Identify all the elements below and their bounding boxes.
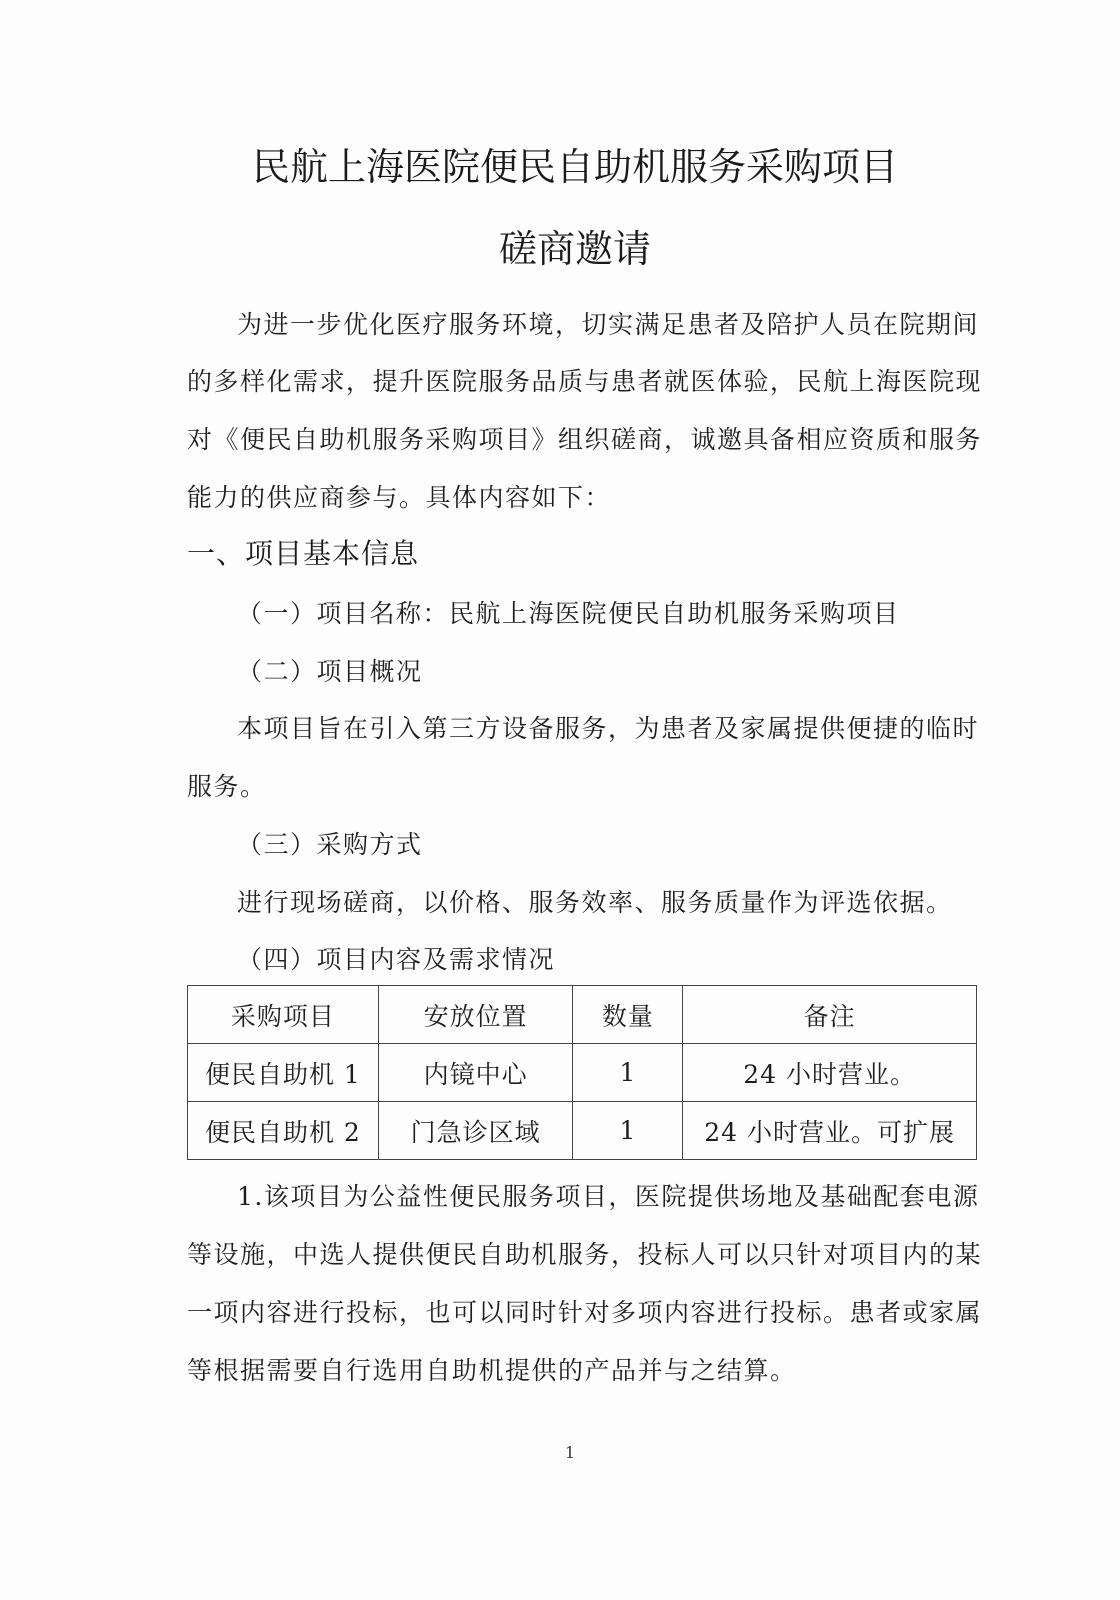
intro-line: 对《便民自助机服务采购项目》组织磋商，诚邀具备相应资质和服务: [187, 420, 982, 456]
overview-line: 本项目旨在引入第三方设备服务，为患者及家属提供便捷的临时: [237, 709, 979, 745]
table-header: 备注: [683, 986, 977, 1044]
document-subtitle: 磋商邀请: [0, 218, 1120, 273]
table-cell: 1: [573, 1102, 683, 1160]
document-title: 民航上海医院便民自助机服务采购项目: [0, 136, 1120, 191]
table-cell: 24 小时营业。: [683, 1044, 977, 1102]
intro-line: 的多样化需求，提升医院服务品质与患者就医体验，民航上海医院现: [187, 362, 982, 398]
note-line: 等根据需要自行选用自助机提供的产品并与之结算。: [187, 1351, 797, 1387]
table-row: 便民自助机 2 门急诊区域 1 24 小时营业。可扩展: [188, 1102, 977, 1160]
table-cell: 便民自助机 2: [188, 1102, 379, 1160]
table-cell: 24 小时营业。可扩展: [683, 1102, 977, 1160]
section-heading: 一、项目基本信息: [187, 532, 419, 572]
item-method-heading: （三）采购方式: [237, 825, 423, 861]
intro-line: 为进一步优化医疗服务环境，切实满足患者及陪护人员在院期间: [237, 305, 979, 341]
item-project-name: （一）项目名称：民航上海医院便民自助机服务采购项目: [237, 594, 900, 630]
table-row: 便民自助机 1 内镜中心 1 24 小时营业。: [188, 1044, 977, 1102]
table-cell: 门急诊区域: [378, 1102, 573, 1160]
requirements-table: 采购项目 安放位置 数量 备注 便民自助机 1 内镜中心 1 24 小时营业。 …: [187, 985, 977, 1160]
note-line: 一项内容进行投标，也可以同时针对多项内容进行投标。患者或家属: [187, 1293, 982, 1329]
item-overview-heading: （二）项目概况: [237, 652, 423, 688]
document-page: 民航上海医院便民自助机服务采购项目 磋商邀请 为进一步优化医疗服务环境，切实满足…: [0, 0, 1120, 1600]
page-number: 1: [0, 1443, 1120, 1462]
item-content-heading: （四）项目内容及需求情况: [237, 940, 555, 976]
table-header: 安放位置: [378, 986, 573, 1044]
table-cell: 便民自助机 1: [188, 1044, 379, 1102]
table-cell: 1: [573, 1044, 683, 1102]
note-line: 1.该项目为公益性便民服务项目，医院提供场地及基础配套电源: [237, 1177, 979, 1213]
table-header: 数量: [573, 986, 683, 1044]
overview-line: 服务。: [187, 767, 267, 803]
table-cell: 内镜中心: [378, 1044, 573, 1102]
table-header-row: 采购项目 安放位置 数量 备注: [188, 986, 977, 1044]
note-line: 等设施，中选人提供便民自助机服务，投标人可以只针对项目内的某: [187, 1235, 982, 1271]
table-header: 采购项目: [188, 986, 379, 1044]
intro-line: 能力的供应商参与。具体内容如下：: [187, 478, 611, 514]
method-body: 进行现场磋商，以价格、服务效率、服务质量作为评选依据。: [237, 883, 953, 919]
